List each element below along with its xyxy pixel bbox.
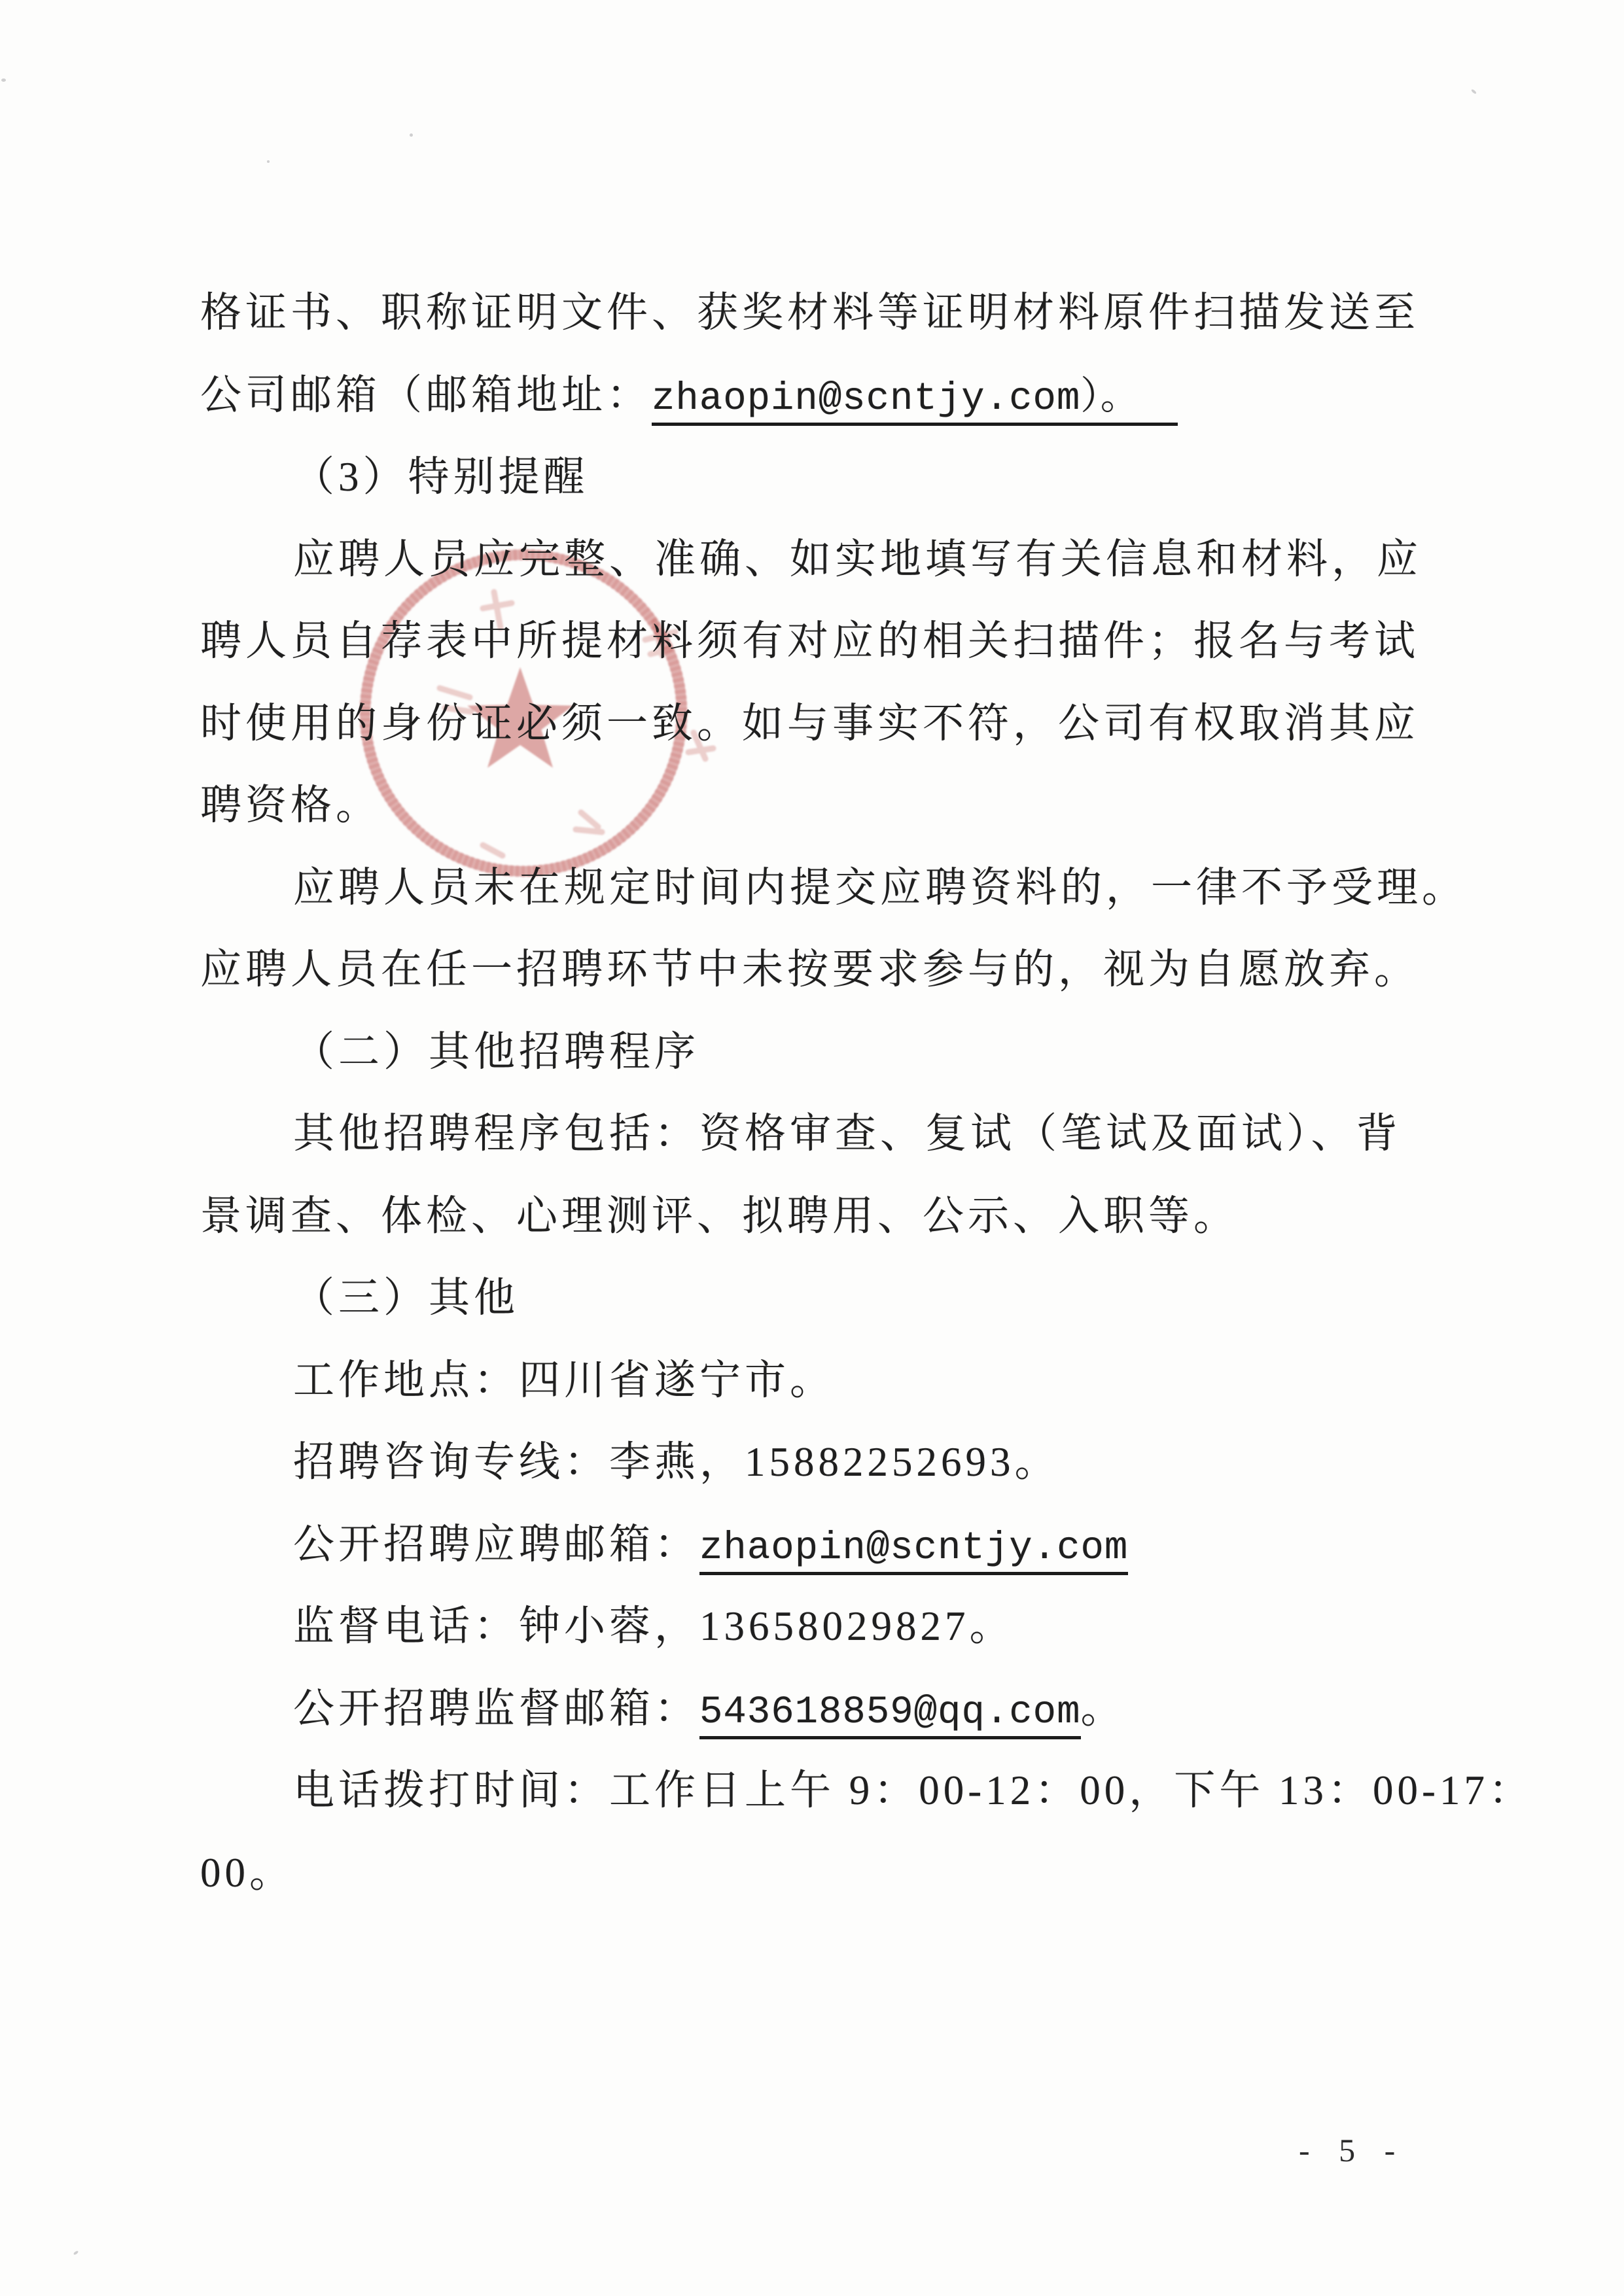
doc-line: 其他招聘程序包括：资格审查、复试（笔试及面试）、背 <box>200 1093 1434 1175</box>
line-suffix: 。 <box>1081 1686 1126 1731</box>
email-underlined: zhaopin@scntjy.com <box>699 1526 1128 1575</box>
email-underlined: 543618859@qq.com <box>699 1690 1081 1739</box>
doc-heading-section3: （三）其他 <box>200 1257 1434 1340</box>
doc-line: 时使用的身份证必须一致。如与事实不符，公司有权取消其应 <box>200 683 1434 765</box>
document-page: 格证书、职称证明文件、获奖材料等证明材料原件扫描发送至 公司邮箱（邮箱地址：zh… <box>0 0 1624 2296</box>
line-prefix: 公开招聘应聘邮箱： <box>293 1522 699 1567</box>
doc-line: 聘资格。 <box>200 765 1434 847</box>
doc-line-work-location: 工作地点：四川省遂宁市。 <box>200 1340 1434 1422</box>
doc-line-apply-email: 公开招聘应聘邮箱：zhaopin@scntjy.com <box>200 1504 1434 1586</box>
doc-heading-section2: （二）其他招聘程序 <box>200 1011 1434 1094</box>
doc-line: 应聘人员在任一招聘环节中未按要求参与的，视为自愿放弃。 <box>200 929 1434 1011</box>
doc-line-call-time: 电话拨打时间：工作日上午 9：00-12：00，下午 13：00-17： <box>200 1750 1434 1832</box>
line-prefix: 公司邮箱（邮箱地址： <box>200 372 652 418</box>
doc-heading-3: （3）特别提醒 <box>200 436 1434 519</box>
doc-line-hotline: 招聘咨询专线：李燕，15882252693。 <box>200 1421 1434 1504</box>
line-prefix: 公开招聘监督邮箱： <box>293 1686 699 1731</box>
scan-speck <box>410 133 413 137</box>
doc-line: 景调查、体检、心理测评、拟聘用、公示、入职等。 <box>200 1175 1434 1258</box>
doc-line: 聘人员自荐表中所提材料须有对应的相关扫描件；报名与考试 <box>200 600 1434 683</box>
scan-speck <box>267 160 270 163</box>
email-underlined: zhaopin@scntjy.com）。 <box>652 377 1178 426</box>
doc-line: 00。 <box>200 1832 1434 1915</box>
doc-line-supervise-email: 公开招聘监督邮箱：543618859@qq.com。 <box>200 1668 1434 1750</box>
scan-speck <box>1471 89 1477 95</box>
doc-line-supervise-phone: 监督电话：钟小蓉，13658029827。 <box>200 1586 1434 1668</box>
doc-line: 公司邮箱（邮箱地址：zhaopin@scntjy.com）。 <box>200 355 1434 437</box>
page-number: - 5 - <box>1299 2131 1405 2169</box>
document-body: 格证书、职称证明文件、获奖材料等证明材料原件扫描发送至 公司邮箱（邮箱地址：zh… <box>200 272 1434 1914</box>
doc-line: 应聘人员未在规定时间内提交应聘资料的，一律不予受理。 <box>200 847 1434 930</box>
scan-speck <box>73 2250 79 2255</box>
scan-speck <box>1 78 6 82</box>
doc-line: 应聘人员应完整、准确、如实地填写有关信息和材料，应 <box>200 519 1434 601</box>
doc-line: 格证书、职称证明文件、获奖材料等证明材料原件扫描发送至 <box>200 272 1434 355</box>
